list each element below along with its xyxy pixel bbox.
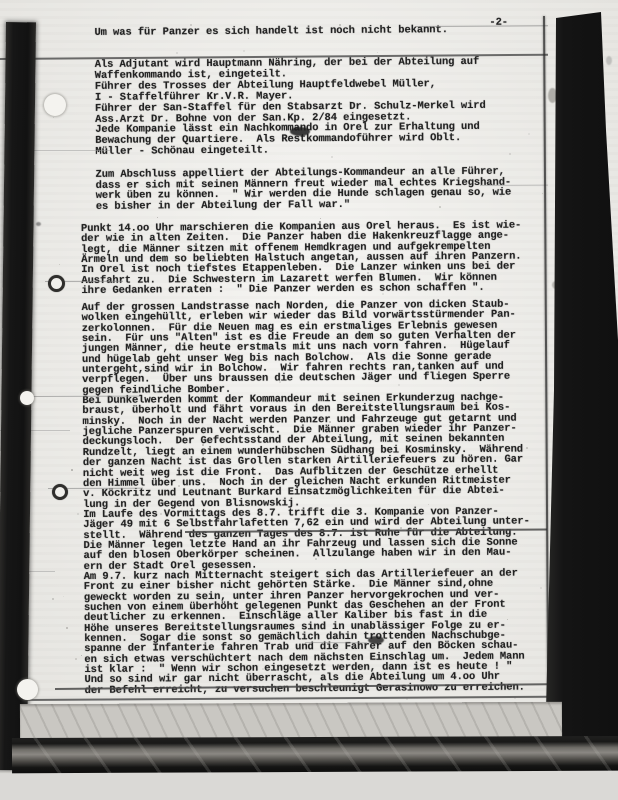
paragraph-block: Auf der grossen Landstrasse nach Norden,…: [82, 299, 555, 696]
paper-speck: [53, 117, 54, 118]
text-line: ihre Gedanken erraten : " Die Panzer wer…: [81, 282, 551, 296]
paragraph-block: Zum Abschluss appelliert der Abteilungs-…: [96, 166, 566, 212]
ink-smudge: [290, 127, 310, 136]
bottom-shelf-band: [20, 702, 562, 740]
ink-smudge: [606, 56, 612, 65]
punch-hole: [20, 391, 34, 405]
text-line: Müller - Schönau eingeteilt.: [95, 143, 565, 158]
paper-speck: [52, 598, 54, 600]
bottom-table-edge: [12, 736, 618, 774]
photo-bottom-margin: [0, 771, 618, 800]
punch-hole-ring: [48, 275, 65, 292]
paragraph-block: Als Adjutant wird Hauptmann Nähring, der…: [95, 56, 566, 158]
paper-speck: [71, 469, 73, 471]
page-number: -2-: [489, 17, 508, 29]
paper-speck: [75, 658, 77, 660]
ink-smudge: [368, 636, 384, 644]
text-line: es bisher in der Abteilung der Fall war.…: [96, 198, 566, 212]
paragraph-block: Punkt 14.oo Uhr marschieren die Kompanie…: [81, 220, 552, 296]
punch-hole-ring: [52, 484, 68, 500]
document-body: -2- Um was für Panzer es sich handelt is…: [79, 0, 571, 800]
pencil-line: [30, 150, 110, 151]
scanned-document-page: { "document": { "page_number": "-2-", "h…: [0, 0, 618, 800]
document-heading: Um was für Panzer es sich handelt ist no…: [94, 24, 448, 39]
ink-smudge: [36, 222, 41, 226]
paper-speck: [59, 264, 60, 265]
punch-hole: [17, 679, 38, 700]
punch-hole: [44, 94, 66, 116]
